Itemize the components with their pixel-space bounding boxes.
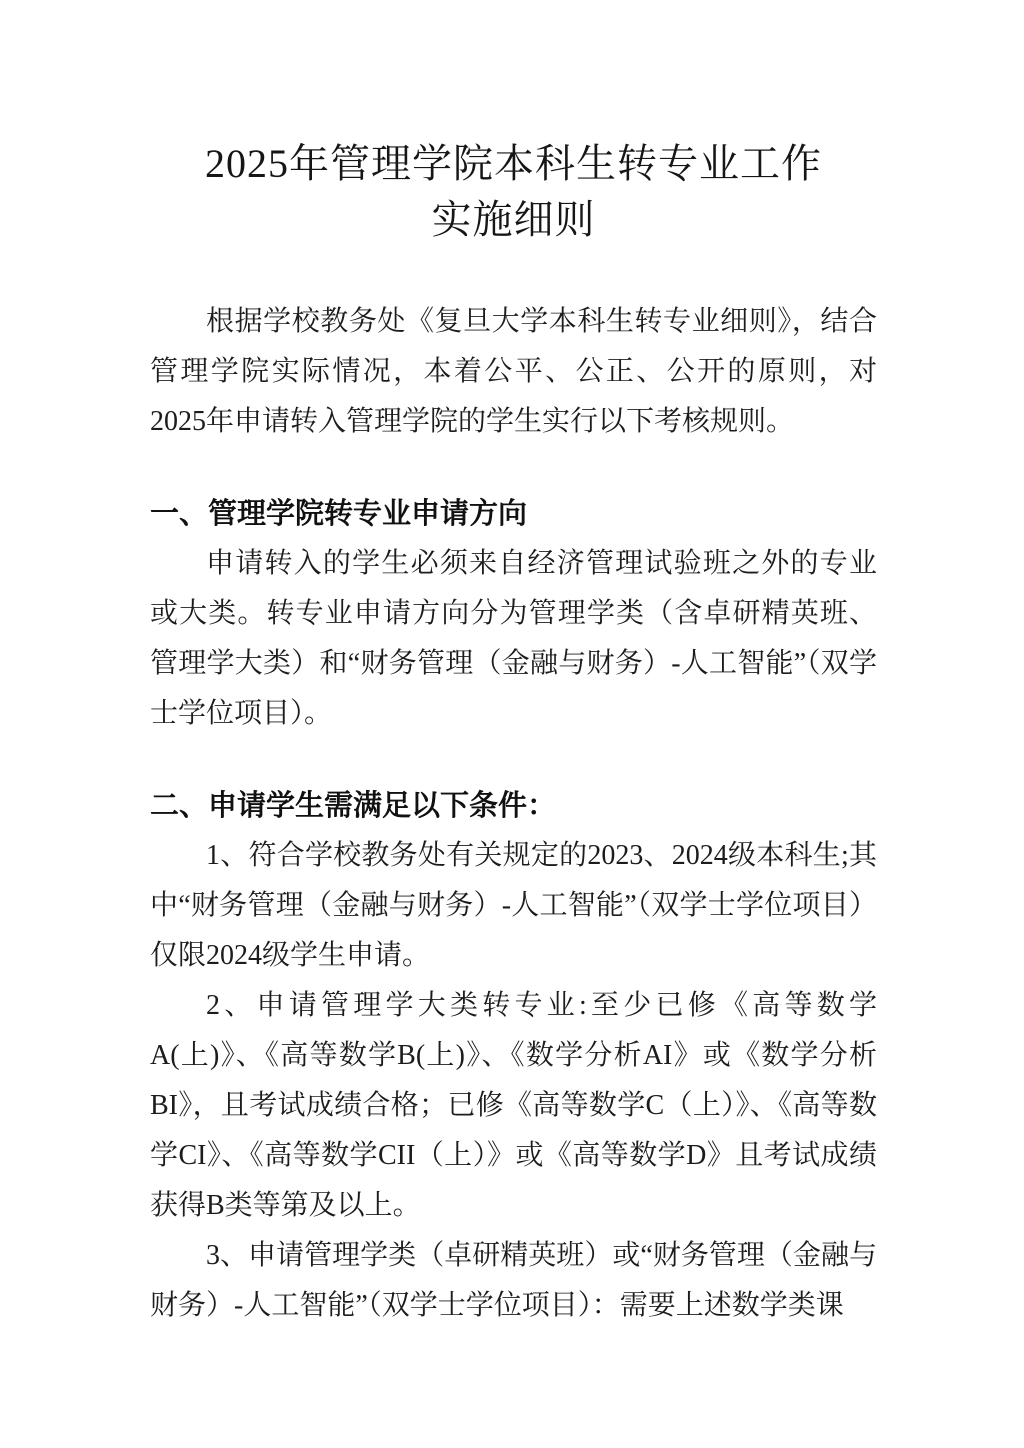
document-title-line2: 实施细则	[150, 192, 877, 248]
section2-item-3: 3、申请管理学类（卓研精英班）或“财务管理（金融与财务）-人工智能”（双学士学位…	[150, 1231, 877, 1331]
section2-item-1: 1、符合学校教务处有关规定的2023、2024级本科生;其中“财务管理（金融与财…	[150, 831, 877, 981]
section1-paragraph: 申请转入的学生必须来自经济管理试验班之外的专业或大类。转专业申请方向分为管理学类…	[150, 539, 877, 739]
document-title-line1: 2025年管理学院本科生转专业工作	[150, 136, 877, 192]
section1-heading: 一、管理学院转专业申请方向	[150, 489, 877, 539]
intro-paragraph: 根据学校教务处《复旦大学本科生转专业细则》，结合管理学院实际情况，本着公平、公正…	[150, 297, 877, 447]
section2-heading: 二、申请学生需满足以下条件：	[150, 781, 877, 831]
section2-item-2: 2、申请管理学大类转专业:至少已修《高等数学A(上)》、《高等数学B(上)》、《…	[150, 981, 877, 1231]
document-page: 2025年管理学院本科生转专业工作 实施细则 根据学校教务处《复旦大学本科生转专…	[0, 0, 1024, 1448]
document-title: 2025年管理学院本科生转专业工作 实施细则	[150, 136, 877, 248]
